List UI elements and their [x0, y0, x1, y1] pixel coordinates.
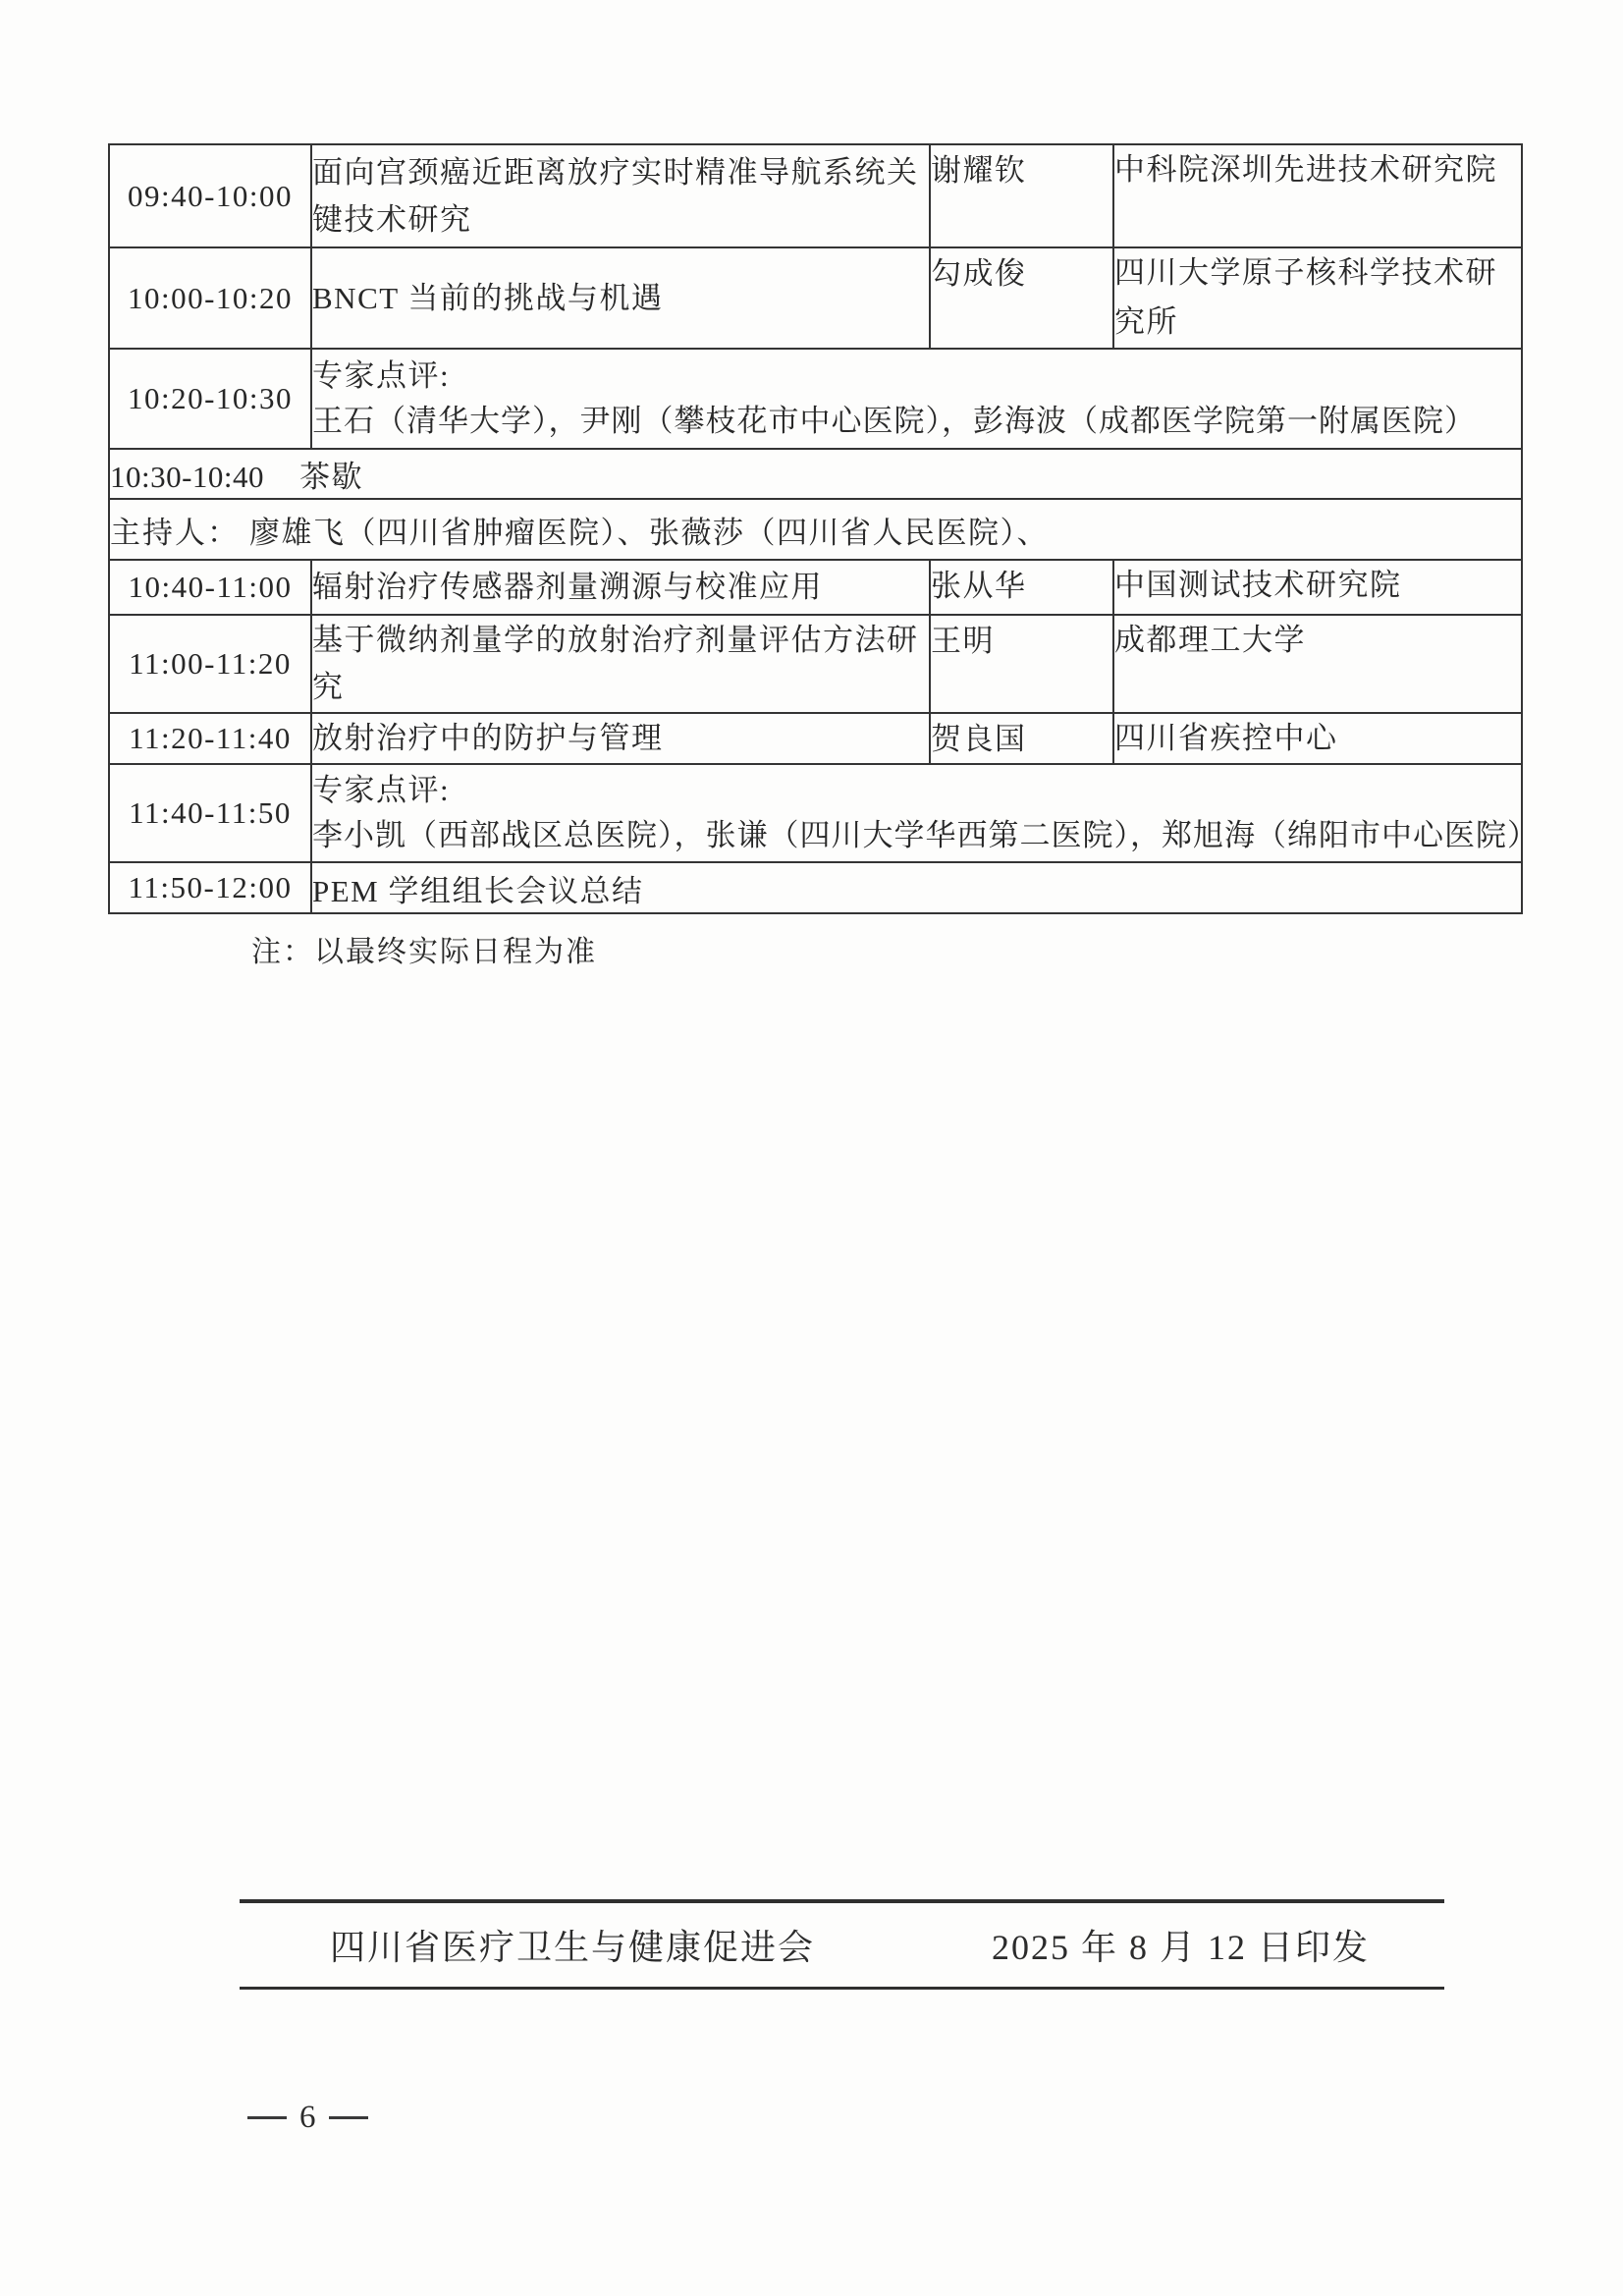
- page-number-dash-left: [247, 2116, 287, 2119]
- comment-cell: 专家点评: 王石（清华大学），尹刚（攀枝花市中心医院），彭海波（成都医学院第一附…: [311, 349, 1522, 449]
- time-cell: 09:40-10:00: [109, 144, 311, 247]
- table-row: 11:20-11:40 放射治疗中的防护与管理 贺良国 四川省疾控中心: [109, 713, 1522, 764]
- affiliation-cell: 四川大学原子核科学技术研究所: [1113, 247, 1522, 349]
- time-cell: 10:40-11:00: [109, 560, 311, 615]
- chair-cell: 主持人：廖雄飞（四川省肿瘤医院）、张薇莎（四川省人民医院）、: [109, 499, 1522, 560]
- comment-cell: 专家点评: 李小凯（西部战区总医院），张谦（四川大学华西第二医院），郑旭海（绵阳…: [311, 764, 1522, 862]
- speaker-cell: 谢耀钦: [930, 144, 1113, 247]
- affiliation-cell: 中国测试技术研究院: [1113, 560, 1522, 615]
- break-cell: 10:30-10:40茶歇: [109, 449, 1522, 499]
- comment-label: 专家点评:: [312, 768, 1521, 813]
- table-row: 09:40-10:00 面向宫颈癌近距离放疗实时精准导航系统关键技术研究 谢耀钦…: [109, 144, 1522, 247]
- page-number-value: 6: [299, 2098, 316, 2137]
- issue-date: 2025 年 8 月 12 日印发: [992, 1920, 1370, 1970]
- title-cell: 放射治疗中的防护与管理: [311, 713, 930, 764]
- time-cell: 11:20-11:40: [109, 713, 311, 764]
- schedule-note: 注：以最终实际日程为准: [251, 927, 597, 970]
- table-row-summary: 11:50-12:00 PEM 学组组长会议总结: [109, 862, 1522, 913]
- title-cell: 基于微纳剂量学的放射治疗剂量评估方法研究: [311, 615, 930, 713]
- issuing-organization: 四川省医疗卫生与健康促进会: [330, 1920, 815, 1970]
- time-cell: 10:00-10:20: [109, 247, 311, 349]
- time-cell: 10:20-10:30: [109, 349, 311, 449]
- document-page: 09:40-10:00 面向宫颈癌近距离放疗实时精准导航系统关键技术研究 谢耀钦…: [0, 0, 1623, 2296]
- comment-names: 李小凯（西部战区总医院），张谦（四川大学华西第二医院），郑旭海（绵阳市中心医院）: [312, 813, 1521, 858]
- page-number: 6: [247, 2098, 368, 2137]
- schedule-table: 09:40-10:00 面向宫颈癌近距离放疗实时精准导航系统关键技术研究 谢耀钦…: [108, 143, 1523, 914]
- speaker-cell: 勾成俊: [930, 247, 1113, 349]
- table-row-break: 10:30-10:40茶歇: [109, 449, 1522, 499]
- chair-label: 主持人：: [110, 516, 240, 550]
- table-row: 10:00-10:20 BNCT 当前的挑战与机遇 勾成俊 四川大学原子核科学技…: [109, 247, 1522, 349]
- time-cell: 11:00-11:20: [109, 615, 311, 713]
- page-number-dash-right: [329, 2116, 368, 2119]
- affiliation-cell: 成都理工大学: [1113, 615, 1522, 713]
- table-row-chair: 主持人：廖雄飞（四川省肿瘤医院）、张薇莎（四川省人民医院）、: [109, 499, 1522, 560]
- summary-cell: PEM 学组组长会议总结: [311, 862, 1522, 913]
- title-cell: 辐射治疗传感器剂量溯源与校准应用: [311, 560, 930, 615]
- break-label: 茶歇: [299, 460, 363, 494]
- table-row: 10:40-11:00 辐射治疗传感器剂量溯源与校准应用 张从华 中国测试技术研…: [109, 560, 1522, 615]
- time-cell: 11:40-11:50: [109, 764, 311, 862]
- time-cell: 11:50-12:00: [109, 862, 311, 913]
- comment-label: 专家点评:: [312, 354, 1521, 399]
- table-row-expert-comment: 11:40-11:50 专家点评: 李小凯（西部战区总医院），张谦（四川大学华西…: [109, 764, 1522, 862]
- speaker-cell: 王明: [930, 615, 1113, 713]
- title-cell: BNCT 当前的挑战与机遇: [311, 247, 930, 349]
- table-row: 11:00-11:20 基于微纳剂量学的放射治疗剂量评估方法研究 王明 成都理工…: [109, 615, 1522, 713]
- speaker-cell: 贺良国: [930, 713, 1113, 764]
- title-cell: 面向宫颈癌近距离放疗实时精准导航系统关键技术研究: [311, 144, 930, 247]
- comment-names: 王石（清华大学），尹刚（攀枝花市中心医院），彭海波（成都医学院第一附属医院）: [312, 399, 1521, 444]
- affiliation-cell: 中科院深圳先进技术研究院: [1113, 144, 1522, 247]
- colophon-footer: 四川省医疗卫生与健康促进会 2025 年 8 月 12 日印发: [240, 1899, 1444, 1990]
- time-text: 10:30-10:40: [110, 460, 264, 494]
- speaker-cell: 张从华: [930, 560, 1113, 615]
- table-row-expert-comment: 10:20-10:30 专家点评: 王石（清华大学），尹刚（攀枝花市中心医院），…: [109, 349, 1522, 449]
- affiliation-cell: 四川省疾控中心: [1113, 713, 1522, 764]
- chair-names: 廖雄飞（四川省肿瘤医院）、张薇莎（四川省人民医院）、: [249, 516, 1049, 550]
